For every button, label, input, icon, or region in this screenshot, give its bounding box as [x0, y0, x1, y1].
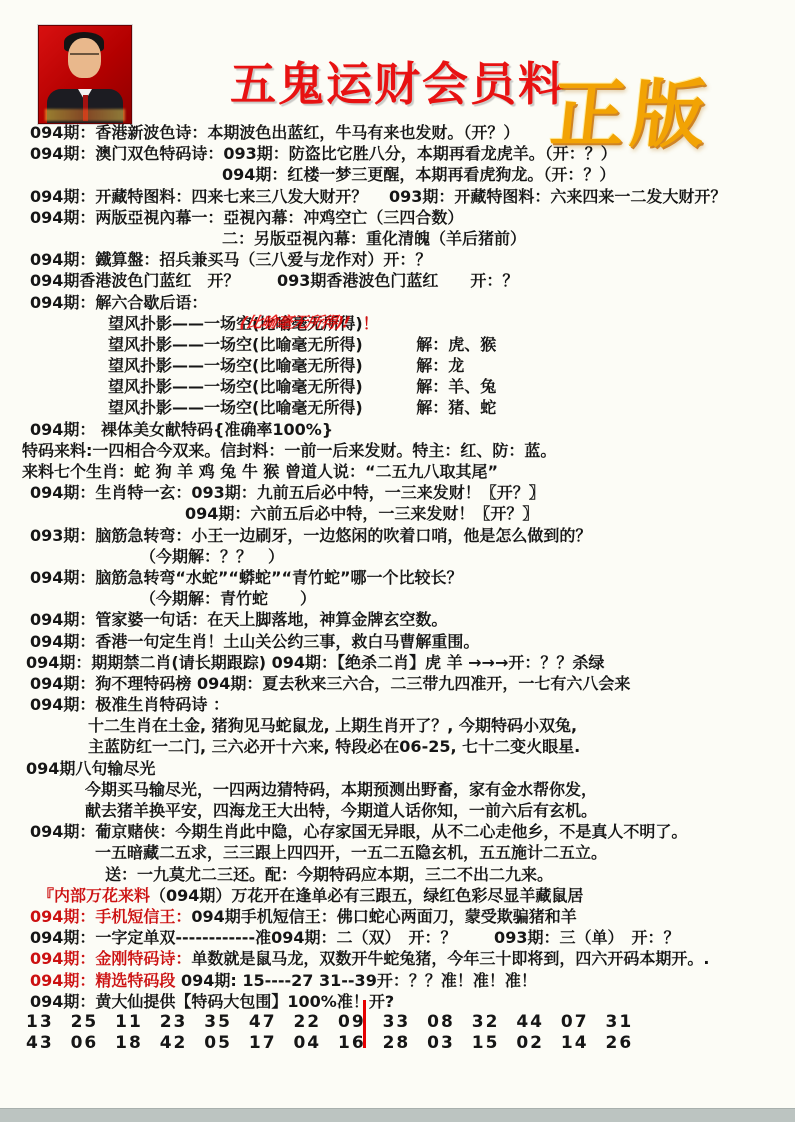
text-line: 094期：管家婆一句话：在天上脚落地，神算金牌玄空数。 — [0, 609, 795, 630]
text-segment: 094期：狗不理特码榜 094期：夏去秋来三六合，二三带九四准开，一七有六八会来 — [30, 674, 630, 693]
text-line: 望风扑影——一场空(比喻毫无所得) 解：虎、猴 — [0, 334, 795, 355]
text-line: 094期：生肖特一玄：093期：九前五后必中特，一三来发财！〖开？〗 — [0, 482, 795, 503]
text-line: 093期：脑筋急转弯：小王一边刷牙，一边悠闲的吹着口哨，他是怎么做到的？ — [0, 525, 795, 546]
portrait-caption-smudge — [45, 109, 125, 121]
text-line: 43 06 18 42 05 17 04 16 28 03 15 02 14 2… — [0, 1033, 795, 1054]
text-line: 094期：期期禁二肖(请长期跟踪) 094期：【绝杀二肖】虎 羊 →→→开：？？… — [0, 652, 795, 673]
text-segment: 094期：生肖特一玄：093期：九前五后必中特，一三来发财！〖开？〗 — [30, 483, 545, 502]
page: { "header": { "title": "五鬼运财会员料", "title… — [0, 0, 795, 1122]
text-line: 十二生肖在土金, 猪狗见马蛇鼠龙, 上期生肖开了？, 今期特码小双兔, — [0, 715, 795, 736]
text-segment: 望风扑影——一场空(比喻毫无所得) 解：猪、蛇 — [108, 398, 496, 417]
text-line: 送：一九莫尤二三还。配：今期特码应本期，三二不出二九来。 — [0, 864, 795, 885]
text-line: 094期香港波色门蓝红 开？ 093期香港波色门蓝红 开：？ — [0, 270, 795, 291]
text-segment: 094期：一字定单双------------准094期：二（双） 开：？ 093… — [30, 928, 679, 947]
text-segment: 094期：两版亞視內幕一：亞視內幕：冲鸡空亡（三四合数） — [30, 208, 463, 227]
red-label: ！ — [363, 314, 379, 333]
text-segment: 二：另版亞視內幕：重化清魄（羊后猪前） — [222, 229, 526, 248]
text-lines: 094期：香港新波色诗：本期波色出蓝红，牛马有来也发财。（开？）094期：澳门双… — [0, 122, 795, 1054]
text-line: 094期：手机短信王：094期手机短信王：佛口蛇心两面刀，蒙受欺骗猪和羊 — [0, 906, 795, 927]
text-segment: 094期: 15----27 31--39开：？？准！准！准！ — [175, 971, 536, 990]
text-segment: 一五暗藏二五求，三三跟上四四开，一五二五隐玄机，五五施计二五立。 — [95, 843, 607, 862]
text-line: 献去猪羊换平安，四海龙王大出特，今期道人话你知，一前六后有玄机。 — [0, 800, 795, 821]
text-segment: 13 25 11 23 35 47 22 09 33 08 32 44 07 3… — [26, 1012, 633, 1032]
text-line: 094期：极准生肖特码诗 ： — [0, 694, 795, 715]
text-line: 094期：香港一句定生肖！土山关公约三事，救白马曹解重围。 — [0, 631, 795, 652]
portrait-photo — [38, 25, 132, 124]
red-marker-line — [363, 1000, 366, 1048]
text-line: 094期：开藏特图料：四来七来三八发大财开？ 093期：开藏特图料：六来四来一二… — [0, 186, 795, 207]
page-title: 五鬼运财会员料 — [230, 48, 566, 114]
text-line: 094期：一字定单双------------准094期：二（双） 开：？ 093… — [0, 927, 795, 948]
text-line: 094期： 裸体美女献特码{准确率100%} — [0, 419, 795, 440]
red-label: 094期：手机短信王： — [30, 907, 191, 926]
text-segment: 望风扑影——一场空(比喻毫无所得) 解：龙 — [108, 356, 464, 375]
text-segment: 094期：脑筋急转弯“水蛇”“蟒蛇”“青竹蛇”哪一个比较长？ — [30, 568, 463, 587]
text-line: 望风扑影——一场空(比喻毫无所得)！(比喻毫无所得)! — [0, 313, 795, 334]
text-line: 094期：金刚特码诗：单数就是鼠马龙，双数开牛蛇兔猪，今年三十即将到，四六开码本… — [0, 948, 795, 969]
text-segment: 094期： 裸体美女献特码{准确率100%} — [30, 420, 333, 439]
text-segment: 望风扑影——一场空(比喻毫无所得) 解：羊、兔 — [108, 377, 496, 396]
text-line: 094期：六前五后必中特，一三来发财！〖开？〗 — [0, 503, 795, 524]
text-line: 『内部万花来料（094期）万花开在逢单必有三跟五，绿红色彩尽显羊藏鼠居 — [0, 885, 795, 906]
footer-scan-bar — [0, 1108, 795, 1122]
text-line: 13 25 11 23 35 47 22 09 33 08 32 44 07 3… — [0, 1012, 795, 1033]
text-segment: 094期：黄大仙提供【特码大包围】100%准！开? — [30, 992, 394, 1011]
text-segment: 094期香港波色门蓝红 开？ 093期香港波色门蓝红 开：？ — [30, 271, 518, 290]
text-line: 094期：红楼一梦三更醒，本期再看虎狗龙。（开：？） — [0, 164, 795, 185]
text-segment: 094期：期期禁二肖(请长期跟踪) 094期：【绝杀二肖】虎 羊 →→→开：？？… — [26, 653, 604, 672]
text-line: 094期：澳门双色特码诗：093期：防盗比它胜八分，本期再看龙虎羊。（开：？） — [0, 143, 795, 164]
red-label: 094期：金刚特码诗： — [30, 949, 191, 968]
text-line: 094期：香港新波色诗：本期波色出蓝红，牛马有来也发财。（开？） — [0, 122, 795, 143]
text-segment: 094期：管家婆一句话：在天上脚落地，神算金牌玄空数。 — [30, 610, 447, 629]
text-line: 094期：鐵算盤：招兵兼买马（三八爱与龙作对）开：？ — [0, 249, 795, 270]
text-line: 望风扑影——一场空(比喻毫无所得) 解：猪、蛇 — [0, 397, 795, 418]
text-line: （今期解：？？ ） — [0, 546, 795, 567]
text-line: 094期：解六合歇后语： — [0, 292, 795, 313]
text-segment: （今期解：青竹蛇 ） — [140, 589, 316, 608]
text-segment: 送：一九莫尤二三还。配：今期特码应本期，三二不出二九来。 — [105, 865, 553, 884]
text-line: 094期：葡京赌侠：今期生肖此中隐，心存家国无异眼，从不二心走他乡，不是真人不明… — [0, 821, 795, 842]
text-line: 一五暗藏二五求，三三跟上四四开，一五二五隐玄机，五五施计二五立。 — [0, 842, 795, 863]
text-segment: 单数就是鼠马龙，双数开牛蛇兔猪，今年三十即将到，四六开码本期开。. — [191, 949, 709, 968]
text-segment: 094期：六前五后必中特，一三来发财！〖开？〗 — [185, 504, 538, 523]
text-line: 094期：精选特码段 094期: 15----27 31--39开：？？准！准！… — [0, 970, 795, 991]
text-segment: 094期：红楼一梦三更醒，本期再看虎狗龙。（开：？） — [222, 165, 615, 184]
text-line: （今期解：青竹蛇 ） — [0, 588, 795, 609]
text-line: 094期：狗不理特码榜 094期：夏去秋来三六合，二三带九四准开，一七有六八会来 — [0, 673, 795, 694]
text-line: 今期买马输尽光，一四两边猜特码，本期预测出野畜，家有金水帮你发， — [0, 779, 795, 800]
red-overprint: (比喻毫无所得)! — [238, 312, 351, 332]
text-segment: 望风扑影——一场空(比喻毫无所得) 解：虎、猴 — [108, 335, 496, 354]
red-label: 094期：精选特码段 — [30, 971, 175, 990]
text-line: 来料七个生肖：蛇 狗 羊 鸡 兔 牛 猴 曾道人说：“二五九八取其尾” — [0, 461, 795, 482]
text-line: 094期：黄大仙提供【特码大包围】100%准！开? — [0, 991, 795, 1012]
text-segment: 094期手机短信王：佛口蛇心两面刀，蒙受欺骗猪和羊 — [191, 907, 576, 926]
text-line: 二：另版亞視內幕：重化清魄（羊后猪前） — [0, 228, 795, 249]
text-segment: 094期：葡京赌侠：今期生肖此中隐，心存家国无异眼，从不二心走他乡，不是真人不明… — [30, 822, 687, 841]
text-segment: 献去猪羊换平安，四海龙王大出特，今期道人话你知，一前六后有玄机。 — [85, 801, 597, 820]
text-segment: 094期：鐵算盤：招兵兼买马（三八爱与龙作对）开：？ — [30, 250, 431, 269]
text-segment: 094期：香港新波色诗：本期波色出蓝红，牛马有来也发财。（开？） — [30, 123, 519, 142]
text-segment: 094期：香港一句定生肖！土山关公约三事，救白马曹解重围。 — [30, 632, 479, 651]
text-line: 望风扑影——一场空(比喻毫无所得) 解：龙 — [0, 355, 795, 376]
text-segment: （今期解：？？ ） — [140, 547, 284, 566]
text-segment: 094期：开藏特图料：四来七来三八发大财开？ 093期：开藏特图料：六来四来一二… — [30, 187, 726, 206]
text-segment: 十二生肖在土金, 猪狗见马蛇鼠龙, 上期生肖开了？, 今期特码小双兔, — [88, 716, 577, 735]
text-line: 094期：脑筋急转弯“水蛇”“蟒蛇”“青竹蛇”哪一个比较长？ — [0, 567, 795, 588]
text-segment: 43 06 18 42 05 17 04 16 28 03 15 02 14 2… — [26, 1033, 633, 1053]
portrait-glasses — [70, 53, 99, 61]
text-segment: 094期：解六合歇后语： — [30, 293, 207, 312]
text-line: 特码来料:一四相合今双来。信封料：一前一后来发财。特主：红、防：蓝。 — [0, 440, 795, 461]
text-segment: 094期：极准生肖特码诗 ： — [30, 695, 229, 714]
text-segment: 来料七个生肖：蛇 狗 羊 鸡 兔 牛 猴 曾道人说：“二五九八取其尾” — [22, 462, 498, 481]
text-segment: 今期买马输尽光，一四两边猜特码，本期预测出野畜，家有金水帮你发， — [85, 780, 597, 799]
text-segment: 主蓝防红一二门, 三六必开十六来, 特段必在06-25, 七十二变火眼星. — [88, 737, 580, 756]
text-segment: 093期：脑筋急转弯：小王一边刷牙，一边悠闲的吹着口哨，他是怎么做到的？ — [30, 526, 591, 545]
text-line: 主蓝防红一二门, 三六必开十六来, 特段必在06-25, 七十二变火眼星. — [0, 736, 795, 757]
text-segment: 094期：澳门双色特码诗：093期：防盗比它胜八分，本期再看龙虎羊。（开：？） — [30, 144, 617, 163]
text-line: 望风扑影——一场空(比喻毫无所得) 解：羊、兔 — [0, 376, 795, 397]
text-line: 094期：两版亞視內幕一：亞視內幕：冲鸡空亡（三四合数） — [0, 207, 795, 228]
text-line: 094期八句输尽光 — [0, 758, 795, 779]
text-segment: （094期）万花开在逢单必有三跟五，绿红色彩尽显羊藏鼠居 — [150, 886, 583, 905]
text-segment: 特码来料:一四相合今双来。信封料：一前一后来发财。特主：红、防：蓝。 — [22, 441, 556, 460]
red-label: 『内部万花来料 — [38, 886, 150, 905]
text-segment: 094期八句输尽光 — [26, 759, 155, 778]
